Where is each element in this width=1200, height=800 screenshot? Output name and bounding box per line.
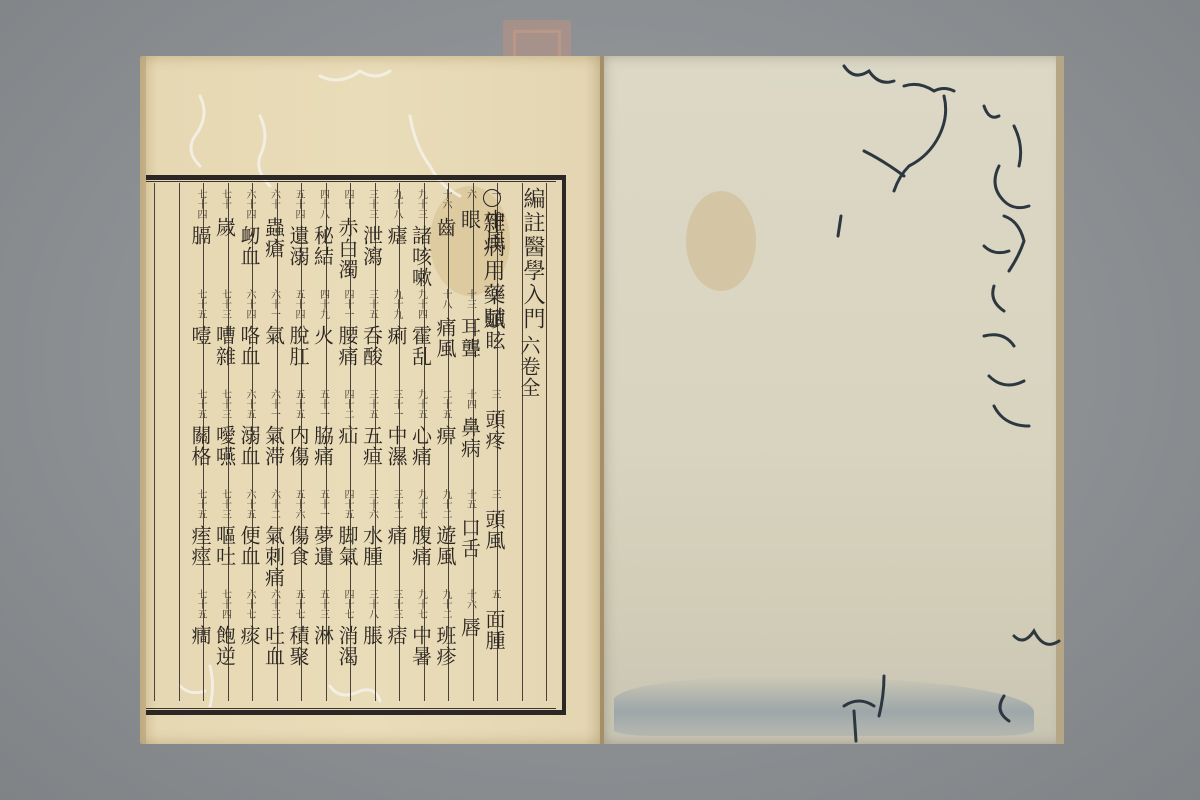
page-number: 六十 [269,189,279,209]
toc-entry: 癎 [189,625,211,646]
page-number: 七十五 [195,389,205,419]
toc-entry: 遊風 [434,525,456,567]
page-number: 六十七 [244,589,254,619]
toc-entry: 内傷 [287,425,309,467]
toc-entry: 脚氣 [336,525,358,567]
page-number: 五 [489,589,499,599]
toc-entry: 飽逆 [214,625,236,667]
toc-entry: 腹痛 [410,525,432,567]
column-rule [179,183,180,701]
toc-entry: 痰 [238,625,260,646]
toc-entry: 瘧 [385,225,407,246]
page-number: 四十 [342,189,352,209]
toc-entry: 中暑 [410,625,432,667]
page-number: 十六 [440,189,450,209]
right-page [604,56,1064,744]
toc-entry: 眼 [459,209,481,230]
page-number: 十六 [465,589,475,609]
toc-entry: 咯血 [238,325,260,367]
toc-entry: 淋 [312,625,334,646]
toc-entry: 面腫 [483,609,505,651]
toc-entry: 口舌 [459,517,481,559]
page-number: 五十一 [318,389,328,419]
toc-entry: 消渴 [336,625,358,667]
toc-entry: 吐血 [263,625,285,667]
page-number: 九十二 [440,589,450,619]
page-number: 六十五 [244,489,254,519]
page-number: 六十三 [269,589,279,619]
page-number: 九十九 [391,289,401,319]
page-number: 七十 [220,189,230,209]
page-number: 六十五 [244,389,254,419]
column-rule [546,183,547,701]
page-number: 七十五 [195,589,205,619]
page-number: 九十四 [416,289,426,319]
page-number: 四十八 [318,189,328,219]
book-title: 編註醫學入門 [520,187,544,331]
section-heading: 雜病用藥賦 [480,211,504,331]
toc-entry: 積聚 [287,625,309,667]
toc-entry: 頭風 [483,509,505,551]
toc-entry: 關格 [189,425,211,467]
page-number: 七十三 [220,389,230,419]
text-frame: 一中風三頭眩三頭疼三頭風五面腫六眼十三耳聾十四鼻病十五口舌十六唇十六齒十八痛風二… [146,175,566,715]
page-number: 六十二 [269,489,279,519]
toc-entry: 嵗 [214,217,236,238]
page-number: 九十八 [391,189,401,219]
toc-entry: 痛風 [434,317,456,359]
page-number: 九十二 [440,489,450,519]
toc-entry: 霍乱 [410,325,432,367]
toc-entry: 痛 [385,525,407,546]
page-number: 七十四 [220,589,230,619]
toc-entry: 痢 [385,325,407,346]
toc-entry: 嘔吐 [214,525,236,567]
page-number: 四十九 [318,289,328,319]
page-number: 五十五 [293,389,303,419]
page-number: 六十一 [269,289,279,319]
page-number: 十五 [465,489,475,509]
toc-entry: 班疹 [434,625,456,667]
toc-entry: 諸咳嗽 [410,225,432,288]
page-number: 三十三 [367,189,377,219]
page-number: 六十四 [244,189,254,219]
page-number: 九十七 [416,589,426,619]
page-number: 六 [465,189,475,199]
page-number: 五十四 [293,189,303,219]
section-marker [483,189,502,207]
page-number: 三 [489,489,499,499]
toc-entry: 遺溺 [287,225,309,267]
page-number: 三十五 [367,289,377,319]
toc-entry: 鼻病 [459,417,481,459]
toc-entry: 痞 [385,625,407,646]
page-number: 十四 [465,389,475,409]
page-number: 三十二 [391,489,401,519]
toc-entry: 便血 [238,525,260,567]
toc-entry: 泄瀉 [361,225,383,267]
toc-entry: 火 [312,325,334,346]
toc-entry: 疝 [336,425,358,446]
toc-entry: 溺血 [238,425,260,467]
toc-entry: 齒 [434,217,456,238]
toc-entry: 傷食 [287,525,309,567]
page-number: 二十五 [440,389,450,419]
page-number: 五十四 [293,289,303,319]
toc-entry: 痓痙 [189,525,211,567]
page-number: 三十五 [367,389,377,419]
toc-entry: 嘈雜 [214,325,236,367]
page-number: 七十五 [195,489,205,519]
page-number: 六十四 [244,289,254,319]
toc-entry: 中濕 [385,425,407,467]
page-number: 七十三 [220,289,230,319]
toc-entry: 唇 [459,617,481,638]
page-number: 三十三 [391,589,401,619]
page-number: 三 [489,389,499,399]
column-rule [154,183,155,701]
page-number: 七十三 [220,489,230,519]
toc-entry: 赤白濁 [336,217,358,280]
page-number: 九十七 [416,489,426,519]
page-number: 五十六 [293,489,303,519]
page-number: 三十一 [391,389,401,419]
page-number: 五十一 [318,489,328,519]
wormhole-damage-icon [604,56,1064,744]
toc-entry: 心痛 [410,425,432,467]
toc-entry: 膈 [189,225,211,246]
toc-entry: 腰痛 [336,325,358,367]
page-number: 十八 [440,289,450,309]
page-number: 六十一 [269,389,279,419]
toc-entry: 水腫 [361,525,383,567]
toc-entry: 耳聾 [459,317,481,359]
toc-entry: 夢遺 [312,525,334,567]
page-number: 十三 [465,289,475,309]
toc-entry: 頭疼 [483,409,505,451]
page-number: 九十三 [416,189,426,219]
toc-entry: 五疸 [361,425,383,467]
page-number: 七十四 [195,189,205,219]
toc-entry: 蟲瘡 [263,217,285,259]
page-number: 七十五 [195,289,205,319]
page-number: 三十八 [367,589,377,619]
toc-entry: 噎 [189,325,211,346]
volume-note: 六卷全 [518,335,540,398]
page-number: 四十七 [342,589,352,619]
page-number: 三十六 [367,489,377,519]
page-number: 四十二 [342,389,352,419]
page-number: 四十一 [342,289,352,319]
toc-entry: 衂血 [238,225,260,267]
toc-entry: 脇痛 [312,425,334,467]
page-number: 四十五 [342,489,352,519]
toc-entry: 脹 [361,625,383,646]
toc-entry: 脫肛 [287,325,309,367]
toc-entry: 呑酸 [361,325,383,367]
page-number: 九十五 [416,389,426,419]
toc-entry: 氣 [263,325,285,346]
toc-entry: 氣滞 [263,425,285,467]
toc-entry: 噯嚥 [214,425,236,467]
page-number: 五十三 [318,589,328,619]
toc-entry: 秘結 [312,225,334,267]
toc-entry: 氣刺痛 [263,525,285,588]
toc-entry: 痹 [434,425,456,446]
page-number: 五十七 [293,589,303,619]
